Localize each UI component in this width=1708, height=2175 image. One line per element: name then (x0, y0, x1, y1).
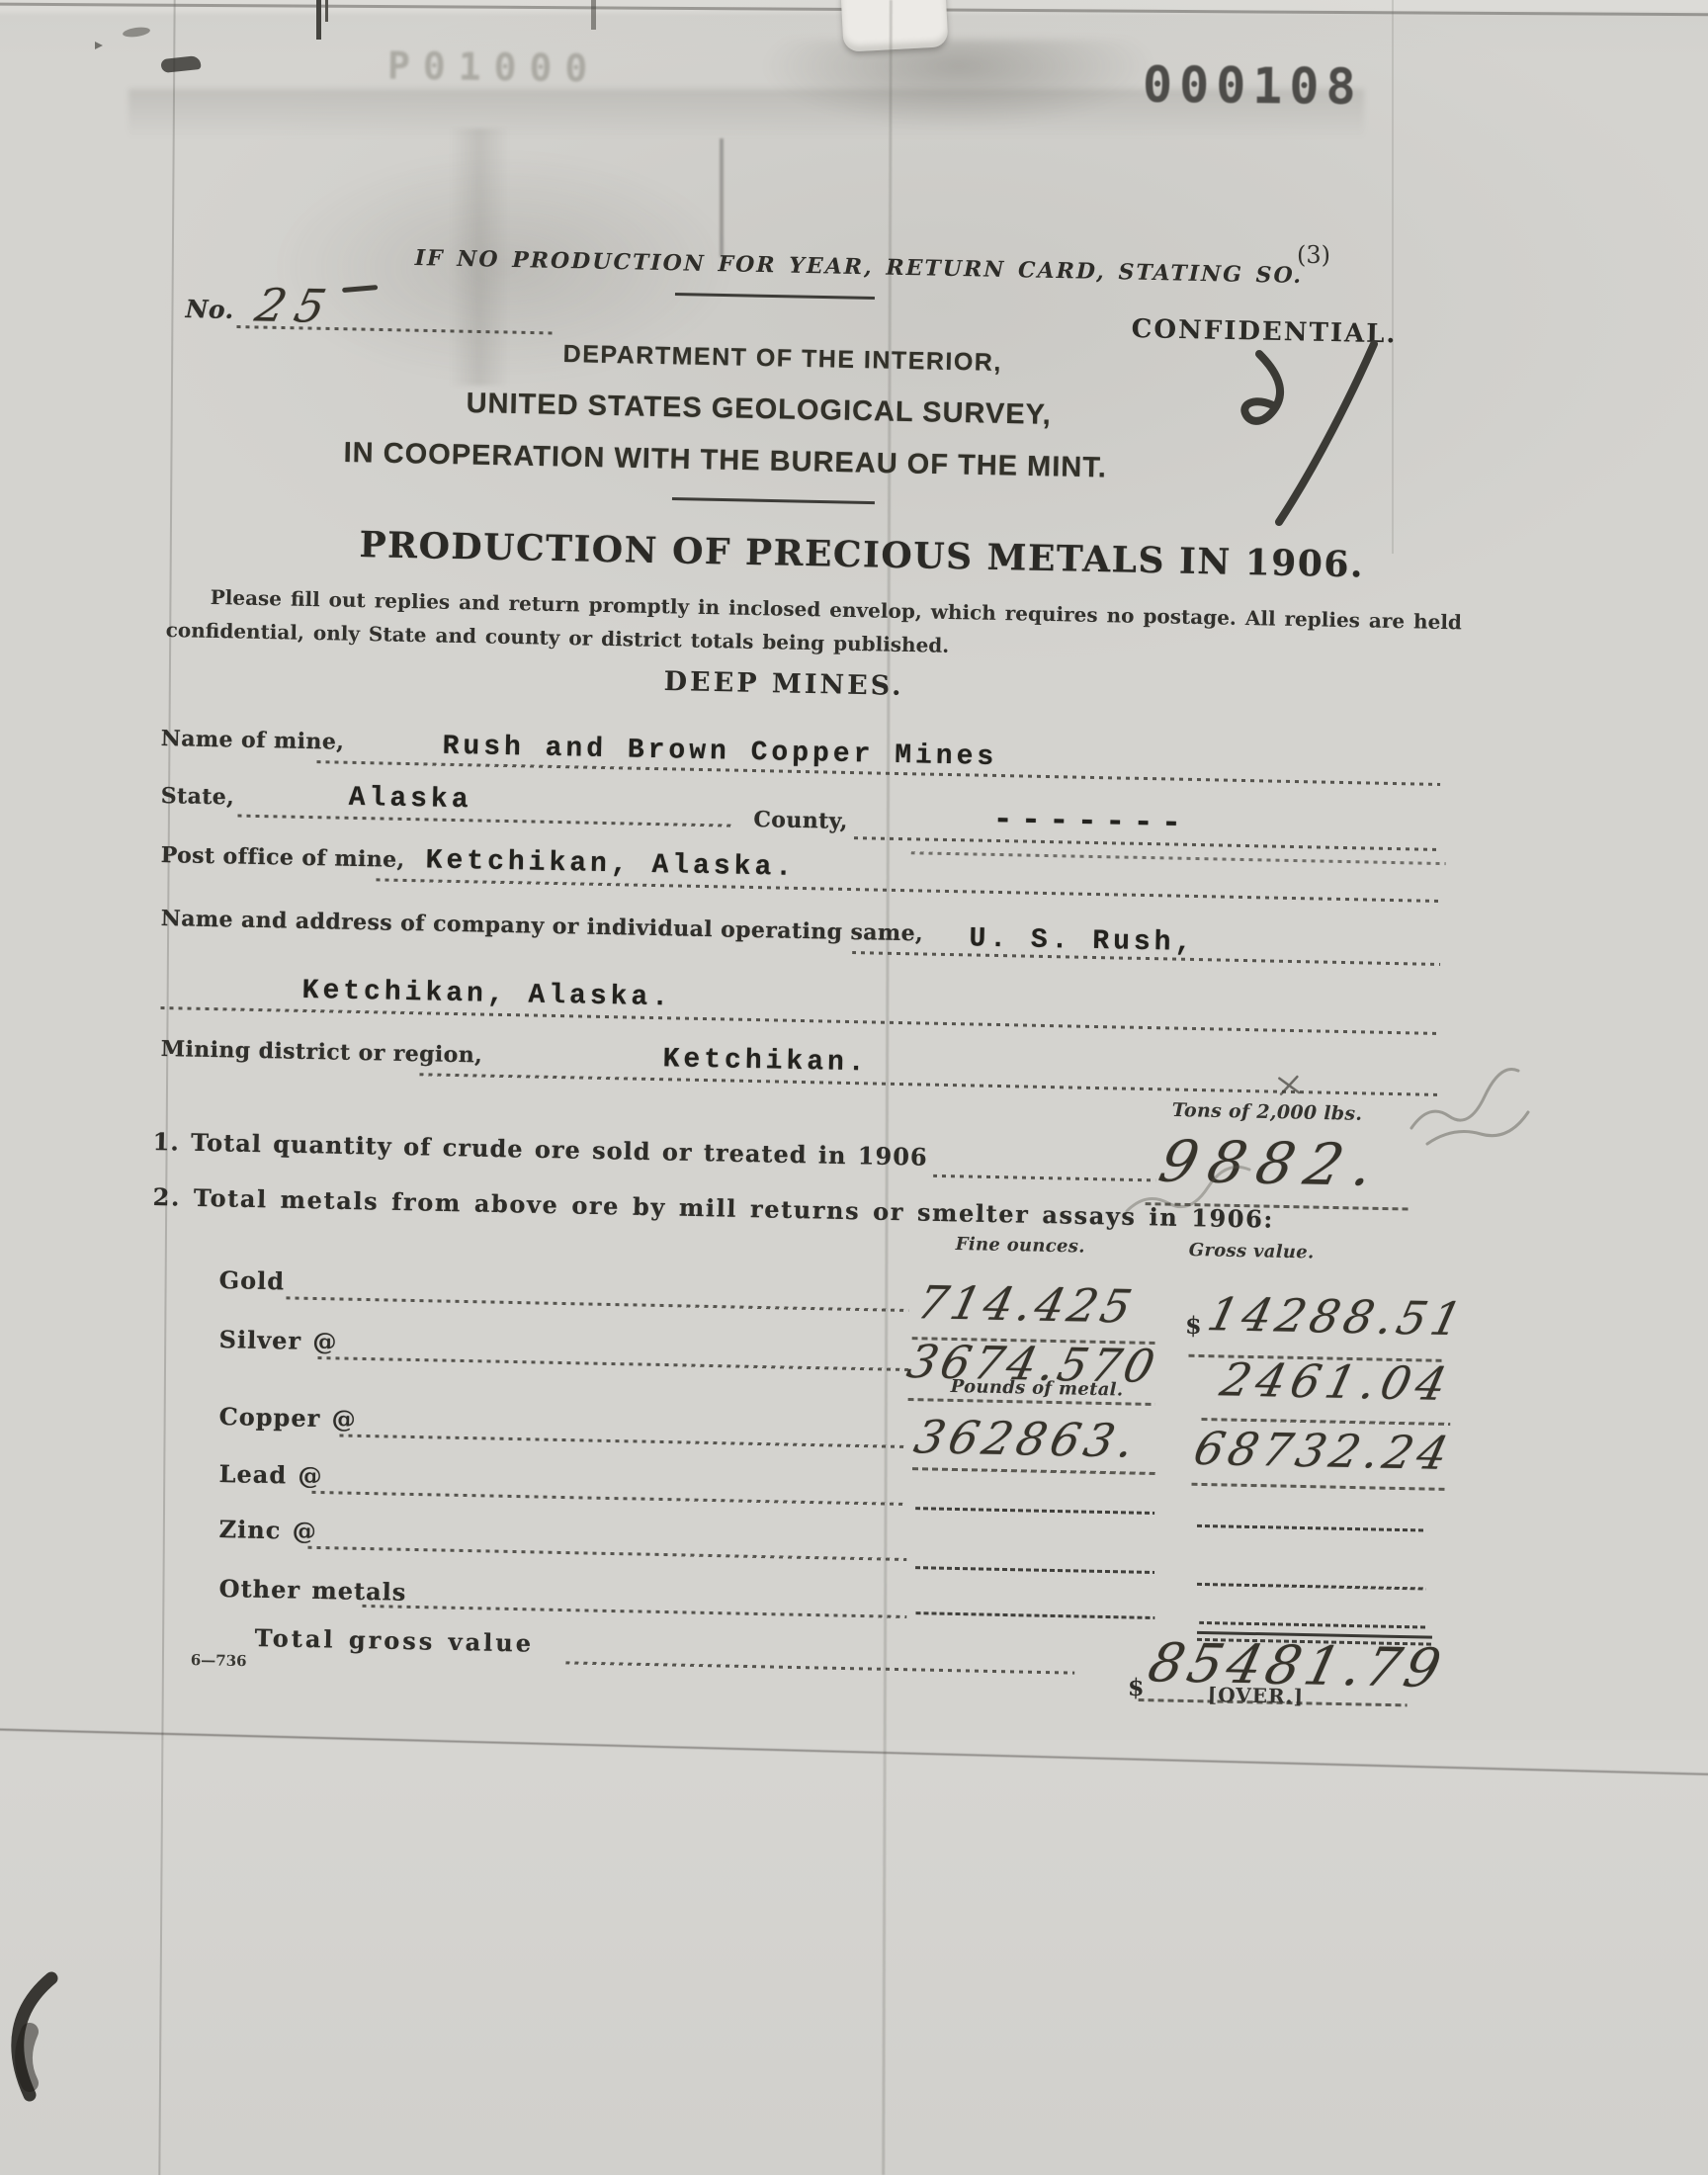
state-value: Alaska (348, 783, 471, 816)
copper-amount: 362863. (909, 1410, 1145, 1467)
field-row-operator-continued: Ketchikan, Alaska. (160, 973, 1441, 1036)
other-metals-label: Other metals (218, 1574, 406, 1607)
metal-row-gold: Gold 714.425 $ 14288.51 (218, 1265, 1442, 1324)
no-label: No. (185, 295, 234, 324)
lead-gross-blank (1197, 1524, 1426, 1532)
total-leader (565, 1661, 1074, 1674)
copper-gross: 68732.24 (1189, 1422, 1458, 1480)
question-1-text: 1. Total quantity of crude ore sold or t… (152, 1127, 928, 1172)
stamp-ghost: P01000 (387, 43, 601, 90)
gold-label: Gold (218, 1265, 285, 1295)
paperclip-tab-shadow (761, 40, 1156, 129)
dept-line-2: UNITED STATES GEOLOGICAL SURVEY, (466, 388, 1052, 432)
field-row-name-of-mine: Name of mine, Rush and Brown Copper Mine… (160, 726, 1440, 787)
top-mark-3 (591, 0, 596, 30)
district-x-mark (1275, 1073, 1306, 1099)
field-row-operator: Name and address of company or individua… (160, 906, 1441, 969)
total-dollar-sign: $ (1128, 1673, 1145, 1701)
state-label: State, (160, 783, 234, 810)
lead-leader (311, 1491, 906, 1506)
other-metals-leader (362, 1605, 906, 1618)
metal-row-other: Other metals (218, 1574, 1442, 1632)
confidential-checkmark (1218, 338, 1396, 526)
post-office-label: Post office of mine, (160, 842, 404, 873)
ink-speck-2 (160, 55, 201, 73)
stamp-serial: 000108 (1143, 56, 1363, 116)
dept-line-1: DEPARTMENT OF THE INTERIOR, (562, 340, 1002, 378)
no-value: 25 (251, 279, 341, 333)
other-gross-blank (1199, 1621, 1426, 1629)
field-row-mining-district: Mining district or region, Ketchikan. (160, 1036, 1441, 1099)
form-title: PRODUCTION OF PRECIOUS METALS IN 1906. (359, 524, 1364, 585)
zinc-label: Zinc @ (218, 1515, 317, 1545)
scanned-form-page: P01000 000108 IF NO PRODUCTION FOR YEAR,… (0, 0, 1708, 2175)
divider-rule-mid (672, 497, 875, 504)
district-label: Mining district or region, (160, 1036, 482, 1069)
county-value: ------- (992, 802, 1190, 843)
copper-label: Copper @ (218, 1402, 357, 1434)
operator-label: Name and address of company or individua… (160, 906, 923, 946)
pounds-of-metal-note: Pounds of metal. (951, 1376, 1124, 1401)
paperclip-tab (840, 0, 948, 52)
no-field: No. 25 (185, 295, 561, 338)
no-value-flourish (342, 285, 378, 293)
question-2-text: 2. Total metals from above ore by mill r… (152, 1182, 1274, 1234)
county-label: County, (753, 807, 848, 834)
zinc-gross-blank (1197, 1583, 1426, 1591)
ink-speck-3 (95, 42, 103, 49)
zinc-amount-blank (915, 1566, 1154, 1574)
page-top-edge (0, 3, 1708, 17)
district-value: Ketchikan. (662, 1044, 869, 1079)
gold-dollar-sign: $ (1185, 1311, 1202, 1340)
lead-label: Lead @ (218, 1459, 322, 1490)
corner-ink-mark (0, 1972, 79, 2111)
smudge-vertical-2 (720, 138, 724, 257)
form-number: 6—736 (191, 1651, 247, 1670)
lower-sheet-shade (0, 1740, 1708, 2175)
copper-leader (339, 1434, 906, 1448)
pencil-scribble-right (1404, 1043, 1572, 1162)
gold-gross: 14288.51 (1203, 1287, 1472, 1346)
top-mark-2 (325, 0, 328, 22)
other-amount-blank (915, 1611, 1154, 1619)
name-of-mine-label: Name of mine, (160, 726, 344, 755)
operator-value: U. S. Rush, (969, 923, 1195, 959)
zinc-leader (307, 1546, 906, 1561)
metal-row-copper: Copper @ 362863. 68732.24 (218, 1402, 1442, 1460)
total-label: Total gross value (254, 1623, 534, 1658)
column-header-fine-ounces: Fine ounces. (956, 1234, 1085, 1258)
tons-note: Tons of 2,000 lbs. (1172, 1099, 1363, 1125)
silver-gross: 2461.04 (1216, 1352, 1458, 1410)
section-heading: DEEP MINES. (663, 666, 904, 702)
operator2-value: Ketchikan, Alaska. (301, 976, 672, 1014)
top-mark-1 (316, 0, 321, 40)
page-number: (3) (1297, 241, 1330, 269)
page-bottom-edge (0, 1728, 1708, 1777)
operator2-leader (160, 1006, 1440, 1035)
lead-amount-blank (915, 1507, 1154, 1515)
post-office-value: Ketchikan, Alaska. (425, 845, 796, 884)
silver-label: Silver @ (218, 1325, 337, 1355)
fold-line-left (158, 0, 175, 2175)
gold-leader (286, 1296, 908, 1312)
instructions-line-2: confidential, only State and county or d… (166, 618, 950, 657)
post-office-leader (376, 878, 1440, 903)
metal-row-zinc: Zinc @ (218, 1515, 1442, 1573)
gold-amount: 714.425 (912, 1275, 1141, 1333)
field-row-state-county: State, Alaska County, ------- (160, 783, 1441, 848)
silver-leader (317, 1356, 908, 1371)
column-header-gross-value: Gross value. (1189, 1240, 1315, 1263)
ink-speck-1 (123, 26, 151, 39)
state-leader (237, 815, 731, 827)
dept-line-3: IN COOPERATION WITH THE BUREAU OF THE MI… (343, 437, 1107, 484)
notice-line: IF NO PRODUCTION FOR YEAR, RETURN CARD, … (414, 245, 1303, 289)
divider-rule-top (675, 293, 875, 300)
field-row-post-office: Post office of mine, Ketchikan, Alaska. (160, 842, 1441, 906)
over-note: [OVER.] (1208, 1683, 1305, 1708)
